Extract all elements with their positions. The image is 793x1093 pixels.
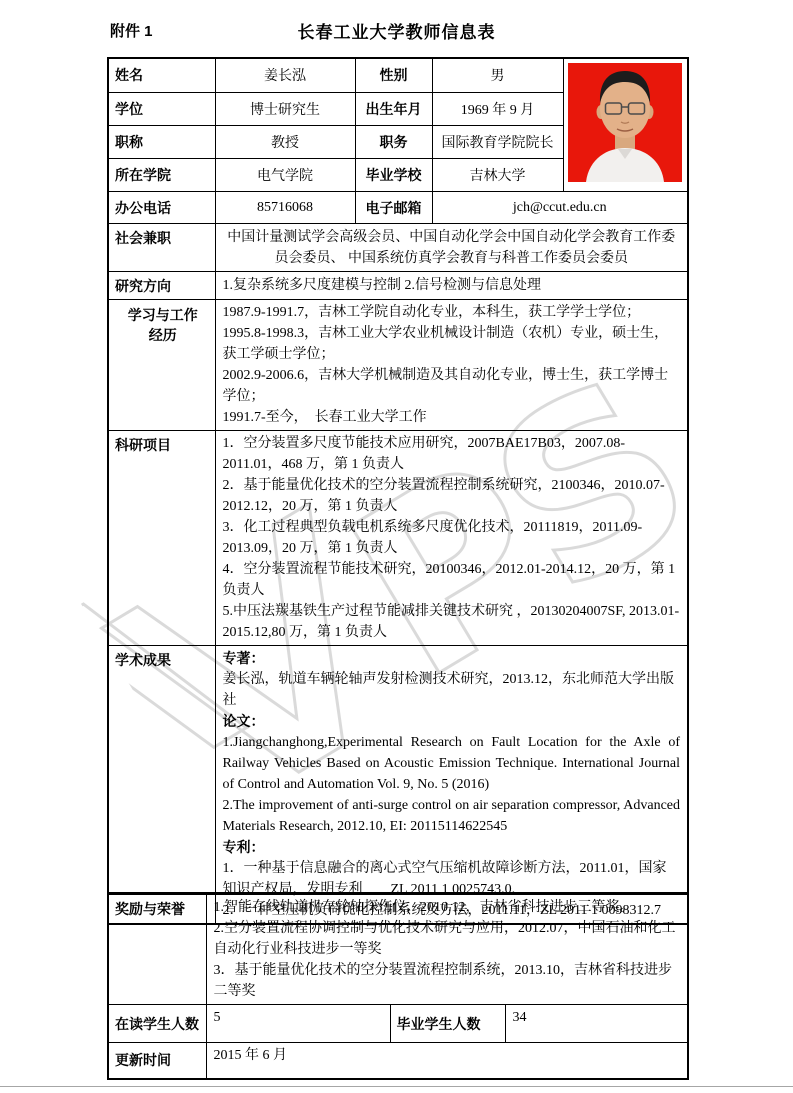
- project-item: 3．化工过程典型负载电机系统多尺度优化技术，20111819，2011.09-2…: [223, 517, 681, 559]
- social-label: 社会兼职: [108, 224, 215, 272]
- title-label: 职称: [108, 125, 215, 158]
- table-row: 学术成果 专著： 姜长泓，轨道车辆轮轴声发射检测技术研究，2013.12，东北师…: [108, 646, 688, 925]
- paper-item: 2.The improvement of anti-surge control …: [223, 795, 681, 837]
- grad-school-value: 吉林大学: [432, 158, 563, 191]
- award-item: 1.智能在线轨道机车轮轴探伤仪，2010.12，吉林省科技进步三等奖。: [214, 897, 681, 918]
- photo-cell: [563, 58, 688, 192]
- degree-label: 学位: [108, 92, 215, 125]
- phone-value: 85716068: [215, 192, 355, 224]
- paper-item: 1.Jiangchanghong,Experimental Research o…: [223, 732, 681, 795]
- current-students-value: 5: [206, 1005, 390, 1043]
- papers-heading: 论文：: [223, 711, 681, 732]
- college-label: 所在学院: [108, 158, 215, 191]
- research-direction-content: 1.复杂系统多尺度建模与控制 2.信号检测与信息处理: [215, 272, 688, 300]
- table-row: 研究方向 1.复杂系统多尺度建模与控制 2.信号检测与信息处理: [108, 272, 688, 300]
- email-label: 电子邮箱: [355, 192, 432, 224]
- experience-label-line2: 经历: [115, 325, 211, 345]
- email-value: jch@ccut.edu.cn: [432, 192, 688, 224]
- teacher-info-table: 姓名 姜长泓 性别 男 学位 博士研究生 出生年月: [107, 57, 689, 925]
- experience-line: 1987.9-1991.7，吉林工学院自动化专业，本科生，获工学学士学位；: [223, 302, 681, 323]
- gender-label: 性别: [355, 58, 432, 92]
- award-item: 2.空分装置流程协调控制与优化技术研究与应用，2012.07，中国石油和化工自动…: [214, 918, 681, 960]
- experience-content: 1987.9-1991.7，吉林工学院自动化专业，本科生，获工学学士学位； 19…: [215, 300, 688, 431]
- research-direction-label: 研究方向: [108, 272, 215, 300]
- page-title: 长春工业大学教师信息表: [0, 18, 793, 43]
- table-row: 姓名 姜长泓 性别 男: [108, 58, 688, 92]
- award-item: 3．基于能量优化技术的空分装置流程控制系统，2013.10，吉林省科技进步二等奖: [214, 960, 681, 1002]
- table-row: 科研项目 1．空分装置多尺度节能技术应用研究，2007BAE17B03，2007…: [108, 431, 688, 646]
- update-time-value: 2015 年 6 月: [206, 1043, 688, 1079]
- current-students-label: 在读学生人数: [108, 1005, 206, 1043]
- projects-content: 1．空分装置多尺度节能技术应用研究，2007BAE17B03，2007.08-2…: [215, 431, 688, 646]
- name-label: 姓名: [108, 58, 215, 92]
- title-value: 教授: [215, 125, 355, 158]
- experience-label: 学习与工作 经历: [108, 300, 215, 431]
- achievements-label: 学术成果: [108, 646, 215, 925]
- experience-line: 2002.9-2006.6，吉林大学机械制造及其自动化专业，博士生，获工学博士学…: [223, 365, 681, 407]
- position-value: 国际教育学院院长: [432, 125, 563, 158]
- birth-label: 出生年月: [355, 92, 432, 125]
- degree-value: 博士研究生: [215, 92, 355, 125]
- graduated-students-label: 毕业学生人数: [390, 1005, 505, 1043]
- gender-value: 男: [432, 58, 563, 92]
- table-row: 奖励与荣誉 1.智能在线轨道机车轮轴探伤仪，2010.12，吉林省科技进步三等奖…: [108, 894, 688, 1005]
- project-item: 4．空分装置流程节能技术研究，20100346，2012.01-2014.12，…: [223, 559, 681, 601]
- patents-heading: 专利：: [223, 837, 681, 858]
- social-content: 中国计量测试学会高级会员、中国自动化学会中国自动化学会教育工作委员会委员、 中国…: [215, 224, 688, 272]
- table-row: 更新时间 2015 年 6 月: [108, 1043, 688, 1079]
- birth-value: 1969 年 9 月: [432, 92, 563, 125]
- table-row: 学习与工作 经历 1987.9-1991.7，吉林工学院自动化专业，本科生，获工…: [108, 300, 688, 431]
- page-header: 附件 1 长春工业大学教师信息表: [0, 16, 793, 46]
- grad-school-label: 毕业学校: [355, 158, 432, 191]
- table-row: 在读学生人数 5 毕业学生人数 34: [108, 1005, 688, 1043]
- project-item: 1．空分装置多尺度节能技术应用研究，2007BAE17B03，2007.08-2…: [223, 433, 681, 475]
- project-item: 5.中压法羰基铁生产过程节能减排关键技术研究 ，20130204007SF, 2…: [223, 601, 681, 643]
- phone-label: 办公电话: [108, 192, 215, 224]
- awards-students-table: 奖励与荣誉 1.智能在线轨道机车轮轴探伤仪，2010.12，吉林省科技进步三等奖…: [107, 892, 689, 1080]
- page-break-line: [0, 1086, 793, 1087]
- update-time-label: 更新时间: [108, 1043, 206, 1079]
- monograph-item: 姜长泓，轨道车辆轮轴声发射检测技术研究，2013.12，东北师范大学出版社: [223, 669, 681, 711]
- achievements-content: 专著： 姜长泓，轨道车辆轮轴声发射检测技术研究，2013.12，东北师范大学出版…: [215, 646, 688, 925]
- monograph-heading: 专著：: [223, 648, 681, 669]
- experience-line: 1995.8-1998.3，吉林工业大学农业机械设计制造（农机）专业，硕士生，获…: [223, 323, 681, 365]
- experience-line: 1991.7-至今， 长春工业大学工作: [223, 407, 681, 428]
- teacher-photo: [568, 63, 682, 182]
- experience-label-line1: 学习与工作: [115, 305, 211, 325]
- awards-content: 1.智能在线轨道机车轮轴探伤仪，2010.12，吉林省科技进步三等奖。 2.空分…: [206, 894, 688, 1005]
- position-label: 职务: [355, 125, 432, 158]
- name-value: 姜长泓: [215, 58, 355, 92]
- graduated-students-value: 34: [505, 1005, 688, 1043]
- projects-label: 科研项目: [108, 431, 215, 646]
- table-row: 社会兼职 中国计量测试学会高级会员、中国自动化学会中国自动化学会教育工作委员会委…: [108, 224, 688, 272]
- awards-label: 奖励与荣誉: [108, 894, 206, 1005]
- table-row: 办公电话 85716068 电子邮箱 jch@ccut.edu.cn: [108, 192, 688, 224]
- college-value: 电气学院: [215, 158, 355, 191]
- project-item: 2．基于能量优化技术的空分装置流程控制系统研究，2100346，2010.07-…: [223, 475, 681, 517]
